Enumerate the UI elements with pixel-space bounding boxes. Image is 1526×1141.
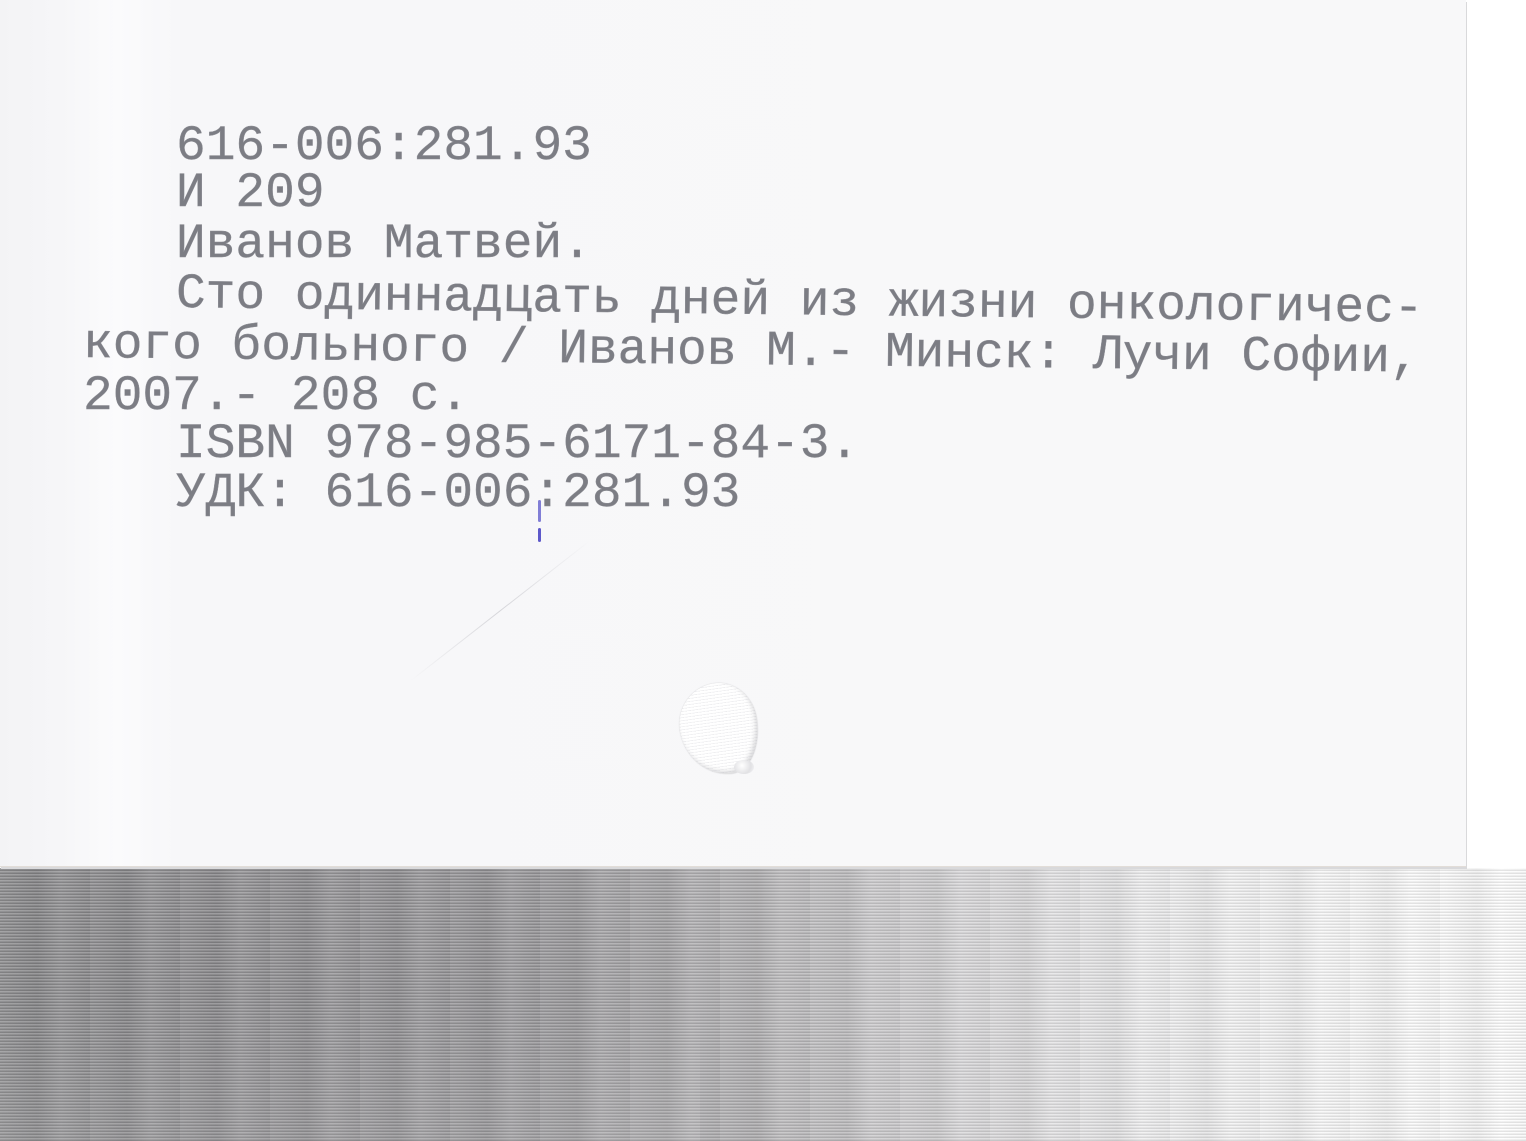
scanner-bed-shading — [0, 1000, 700, 1141]
pen-correction-mark — [538, 500, 542, 544]
scanned-catalog-card-scene: 616-006:281.93 И 209 Иванов Матвей. Сто … — [0, 0, 1526, 1141]
udk-line: УДК: 616-006:281.93 — [176, 469, 740, 519]
title-line-3: 2007.- 208 с. — [83, 372, 469, 422]
cutter-number: И 209 — [176, 169, 325, 219]
isbn-line: ISBN 978-985-6171-84-3. — [176, 420, 859, 470]
author-heading: Иванов Матвей. — [176, 220, 592, 270]
catalog-card: 616-006:281.93 И 209 Иванов Матвей. Сто … — [0, 0, 1466, 867]
punch-hole-tear — [734, 760, 754, 774]
scan-margin — [1466, 0, 1526, 868]
